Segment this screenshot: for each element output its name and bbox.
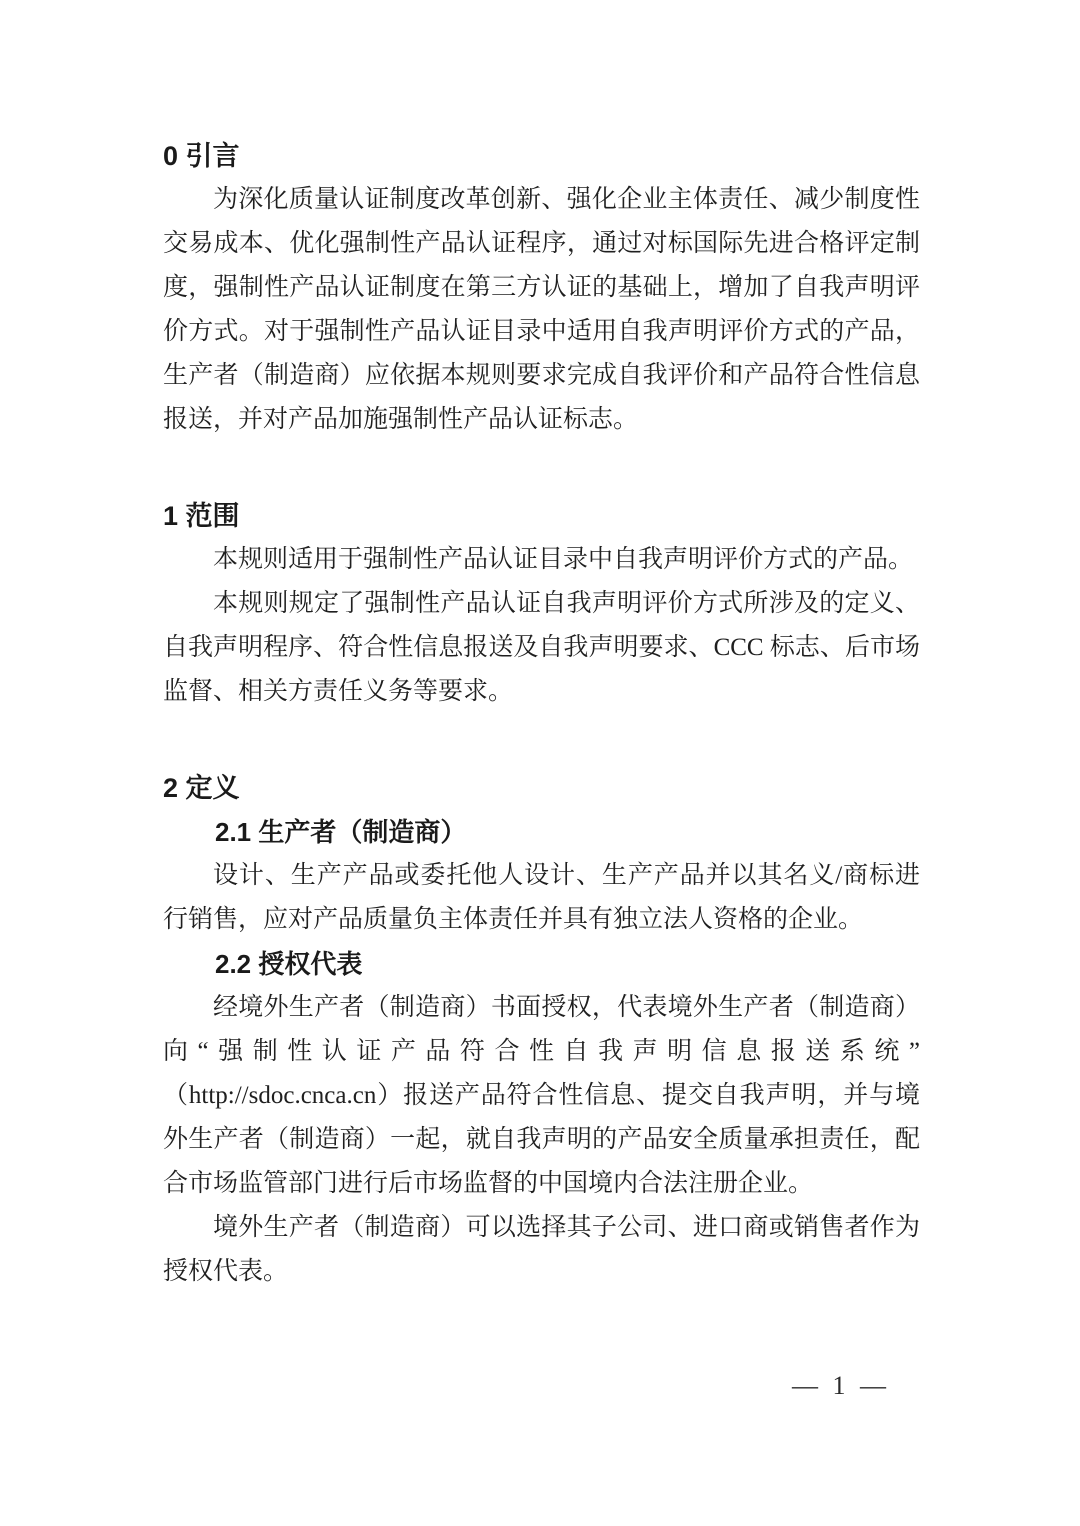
document-body: 0 引言 为深化质量认证制度改革创新、强化企业主体责任、减少制度性 交易成本、优… [163,134,920,1294]
text-line: 设计、生产产品或委托他人设计、生产产品并以其名义/商标进 [163,854,920,898]
text-line-system-name: 向“强制性认证产品符合性自我声明信息报送系统” [163,1030,920,1074]
section-heading-introduction: 0 引言 [163,134,920,178]
subsection-heading-authorized-representative: 2.2 授权代表 [163,942,920,986]
document-page: 0 引言 为深化质量认证制度改革创新、强化企业主体责任、减少制度性 交易成本、优… [0,0,1080,1526]
text-line: 本规则适用于强制性产品认证目录中自我声明评价方式的产品。 [163,538,920,582]
text-line: 交易成本、优化强制性产品认证程序，通过对标国际先进合格评定制 [163,222,920,266]
text-line: 度，强制性产品认证制度在第三方认证的基础上，增加了自我声明评 [163,266,920,310]
text-line: 行销售，应对产品质量负主体责任并具有独立法人资格的企业。 [163,898,920,942]
page-number: — 1 — [792,1364,890,1408]
text-line: 外生产者（制造商）一起，就自我声明的产品安全质量承担责任，配 [163,1118,920,1162]
text-line: 境外生产者（制造商）可以选择其子公司、进口商或销售者作为 [163,1206,920,1250]
text-line: 生产者（制造商）应依据本规则要求完成自我评价和产品符合性信息 [163,354,920,398]
section-heading-scope: 1 范围 [163,494,920,538]
text-line: 本规则规定了强制性产品认证自我声明评价方式所涉及的定义、 [163,582,920,626]
text-line: 自我声明程序、符合性信息报送及自我声明要求、CCC 标志、后市场 [163,626,920,670]
text-line: 报送，并对产品加施强制性产品认证标志。 [163,398,920,442]
text-line: 经境外生产者（制造商）书面授权，代表境外生产者（制造商） [163,986,920,1030]
text-line-url: （http://sdoc.cnca.cn）报送产品符合性信息、提交自我声明，并与… [163,1074,920,1118]
text-line: 授权代表。 [163,1250,920,1294]
text-line: 监督、相关方责任义务等要求。 [163,670,920,714]
text-line: 合市场监管部门进行后市场监督的中国境内合法注册企业。 [163,1162,920,1206]
section-heading-definitions: 2 定义 [163,766,920,810]
text-line: 为深化质量认证制度改革创新、强化企业主体责任、减少制度性 [163,178,920,222]
text-line: 价方式。对于强制性产品认证目录中适用自我声明评价方式的产品， [163,310,920,354]
subsection-heading-producer: 2.1 生产者（制造商） [163,810,920,854]
